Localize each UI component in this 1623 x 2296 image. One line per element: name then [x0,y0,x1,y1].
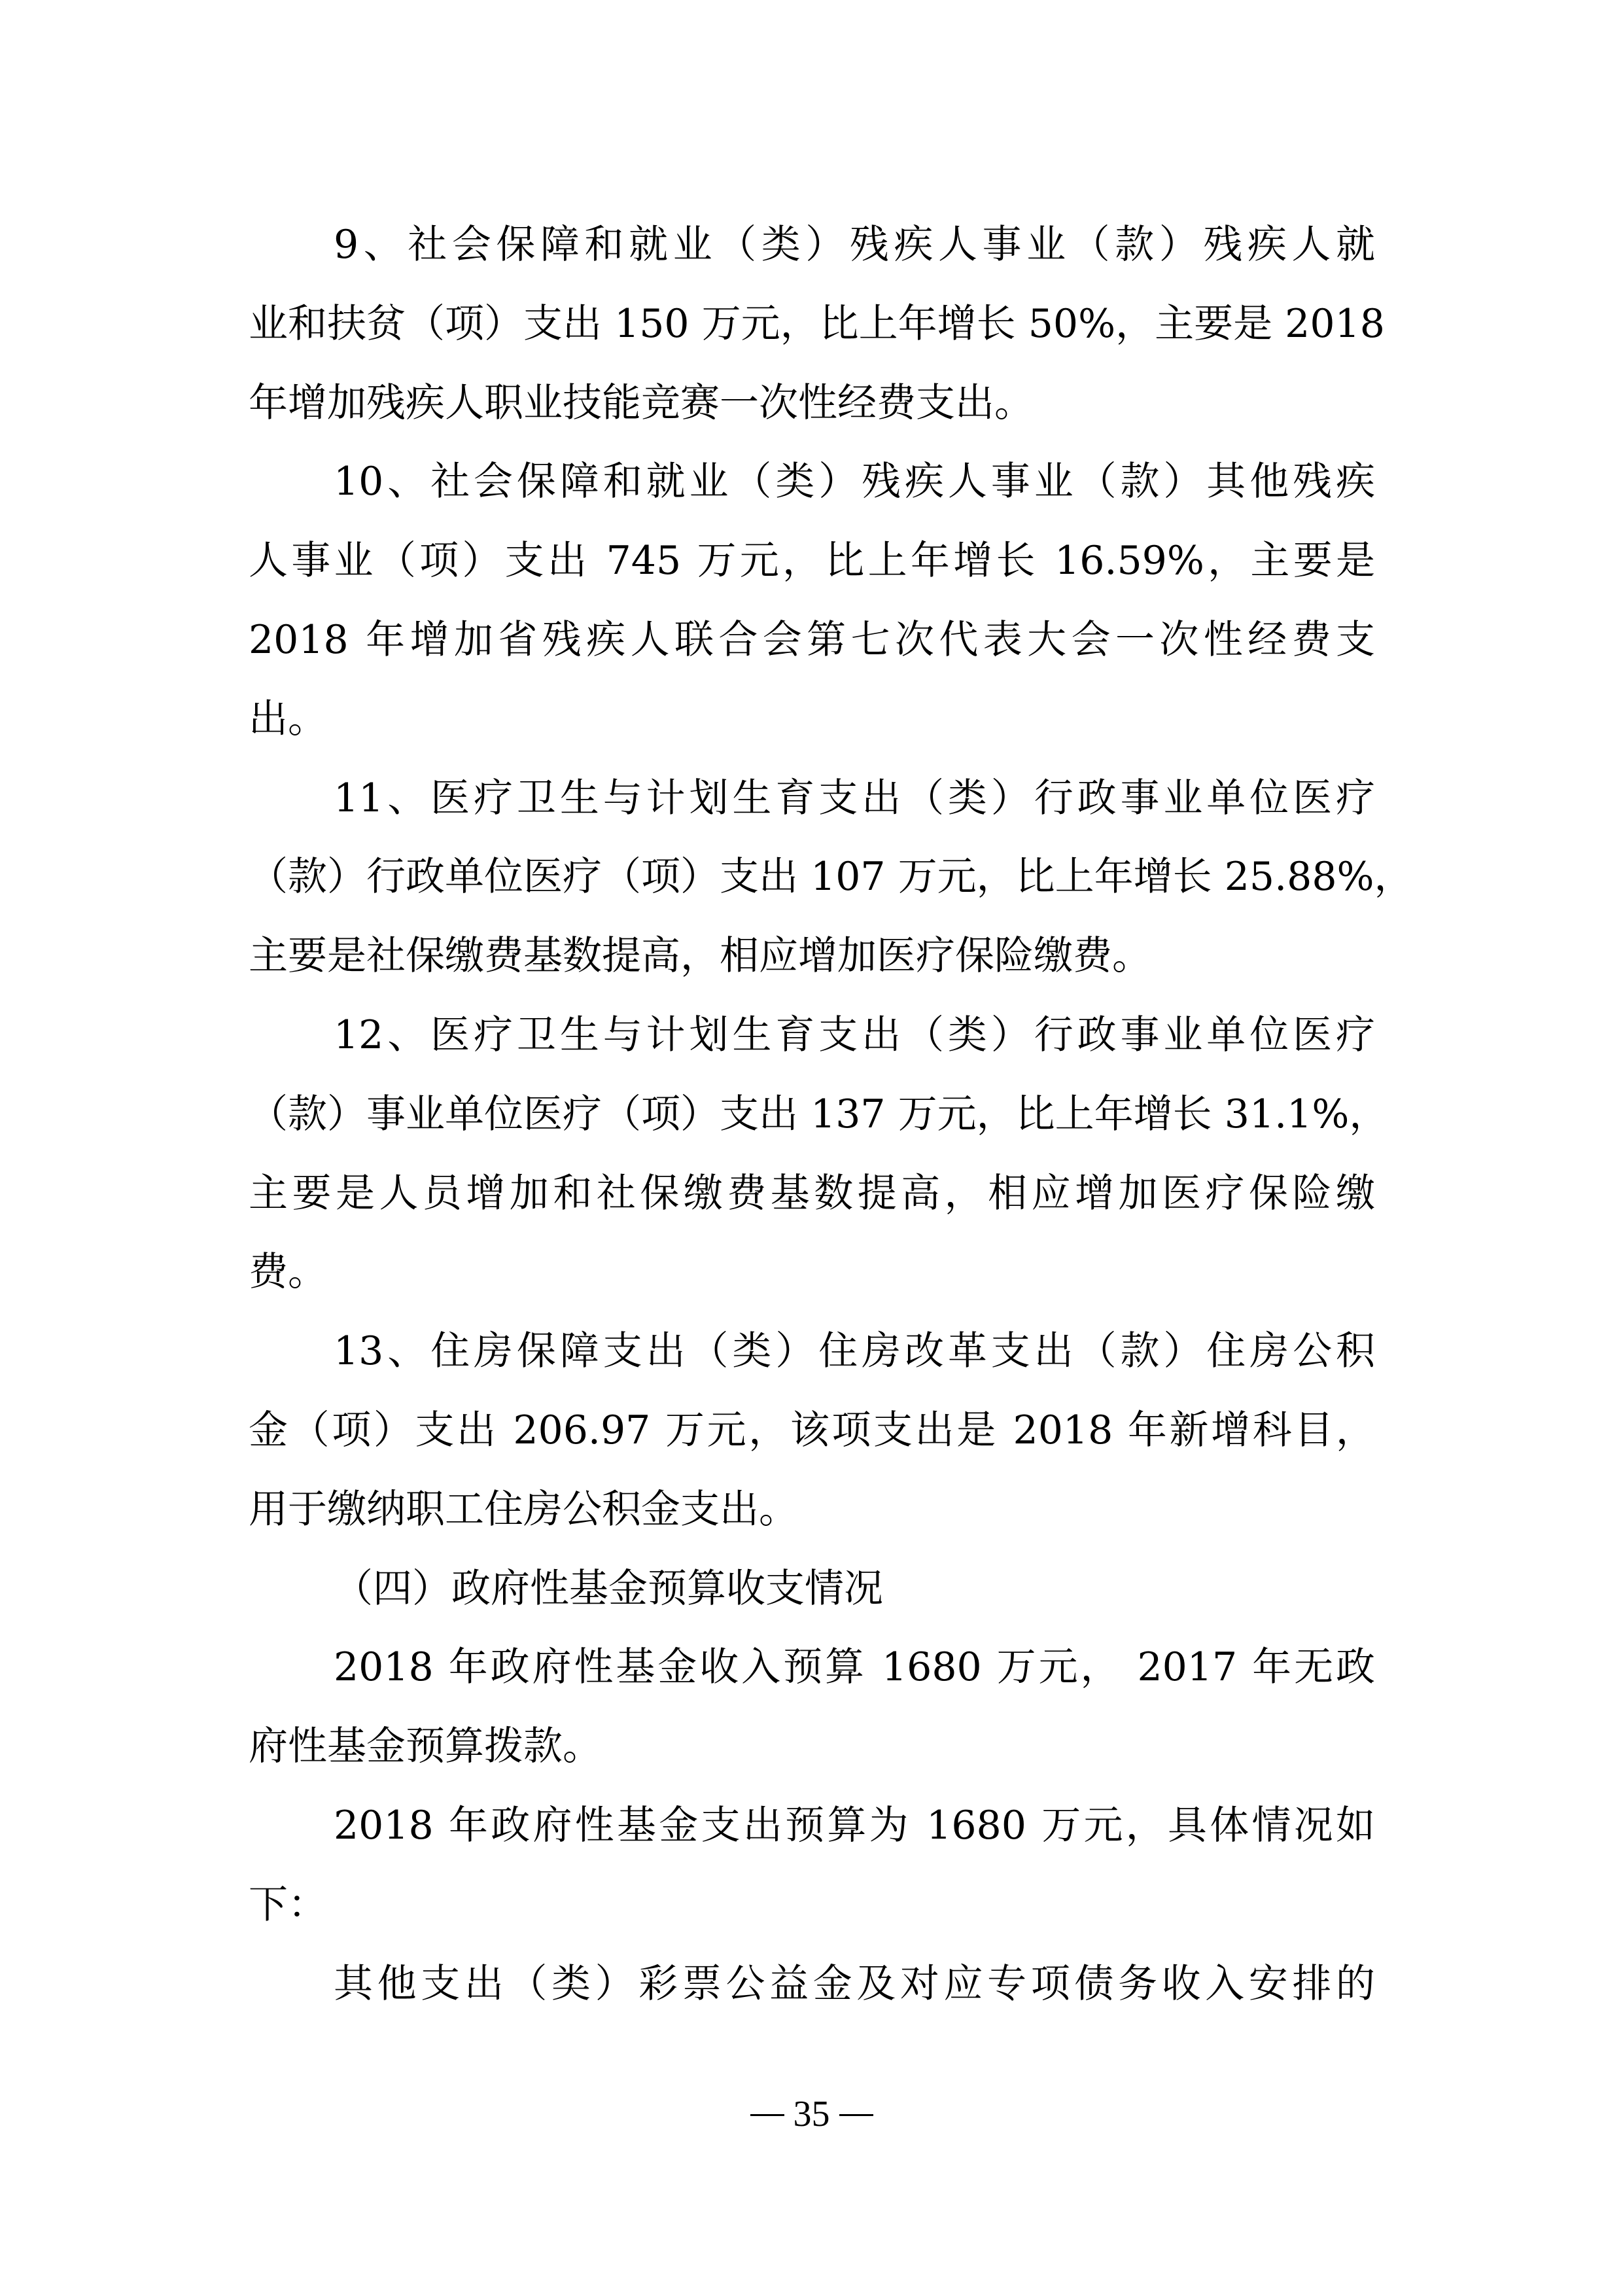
text-line: 金（项）支出 206.97 万元，该项支出是 2018 年新增科目， [249,1391,1375,1470]
body-text: 9、社会保障和就业（类）残疾人事业（款）残疾人就 业和扶贫（项）支出 150 万… [249,205,1375,2023]
text-line: 出。 [249,680,1375,759]
text-line: 10、社会保障和就业（类）残疾人事业（款）其他残疾 [249,442,1375,521]
section-heading-text: （四）政府性基金预算收支情况 [249,1549,1375,1629]
paragraph-item-12: 12、医疗卫生与计划生育支出（类）行政事业单位医疗 （款）事业单位医疗（项）支出… [249,996,1375,1312]
text-line: 主要是社保缴费基数提高，相应增加医疗保险缴费。 [249,917,1375,996]
paragraph-other-expense: 其他支出（类）彩票公益金及对应专项债务收入安排的 [249,1945,1375,2024]
text-line: 费。 [249,1233,1375,1312]
paragraph-item-9: 9、社会保障和就业（类）残疾人事业（款）残疾人就 业和扶贫（项）支出 150 万… [249,205,1375,442]
text-line: 9、社会保障和就业（类）残疾人事业（款）残疾人就 [249,205,1375,285]
paragraph-fund-income: 2018 年政府性基金收入预算 1680 万元， 2017 年无政 府性基金预算… [249,1628,1375,1786]
text-line: 下： [249,1865,1375,1945]
paragraph-item-10: 10、社会保障和就业（类）残疾人事业（款）其他残疾 人事业（项）支出 745 万… [249,442,1375,758]
text-line: 2018 年政府性基金支出预算为 1680 万元，具体情况如 [249,1786,1375,1865]
section-heading: （四）政府性基金预算收支情况 [249,1549,1375,1629]
document-page: 9、社会保障和就业（类）残疾人事业（款）残疾人就 业和扶贫（项）支出 150 万… [0,0,1623,2296]
text-line: 2018 年政府性基金收入预算 1680 万元， 2017 年无政 [249,1628,1375,1707]
dash-left [750,2114,784,2116]
text-line: 其他支出（类）彩票公益金及对应专项债务收入安排的 [249,1945,1375,2024]
text-line: 主要是人员增加和社保缴费基数提高，相应增加医疗保险缴 [249,1154,1375,1233]
paragraph-item-11: 11、医疗卫生与计划生育支出（类）行政事业单位医疗 （款）行政单位医疗（项）支出… [249,759,1375,996]
text-line: 12、医疗卫生与计划生育支出（类）行政事业单位医疗 [249,996,1375,1075]
text-line: 年增加残疾人职业技能竞赛一次性经费支出。 [249,364,1375,443]
text-line: 人事业（项）支出 745 万元，比上年增长 16.59%，主要是 [249,521,1375,601]
page-footer: 35 [0,2091,1623,2137]
text-line: 13、住房保障支出（类）住房改革支出（款）住房公积 [249,1312,1375,1391]
text-line: 业和扶贫（项）支出 150 万元，比上年增长 50%，主要是 2018 [249,285,1375,364]
page-number: 35 [794,2094,830,2134]
text-line: （款）行政单位医疗（项）支出 107 万元，比上年增长 25.88%， [249,838,1375,917]
text-line: 2018 年增加省残疾人联合会第七次代表大会一次性经费支 [249,601,1375,680]
paragraph-item-13: 13、住房保障支出（类）住房改革支出（款）住房公积 金（项）支出 206.97 … [249,1312,1375,1549]
text-line: （款）事业单位医疗（项）支出 137 万元，比上年增长 31.1%， [249,1075,1375,1154]
text-line: 府性基金预算拨款。 [249,1707,1375,1786]
paragraph-fund-expense: 2018 年政府性基金支出预算为 1680 万元，具体情况如 下： [249,1786,1375,1945]
text-line: 11、医疗卫生与计划生育支出（类）行政事业单位医疗 [249,759,1375,838]
text-line: 用于缴纳职工住房公积金支出。 [249,1470,1375,1549]
dash-right [839,2114,873,2116]
